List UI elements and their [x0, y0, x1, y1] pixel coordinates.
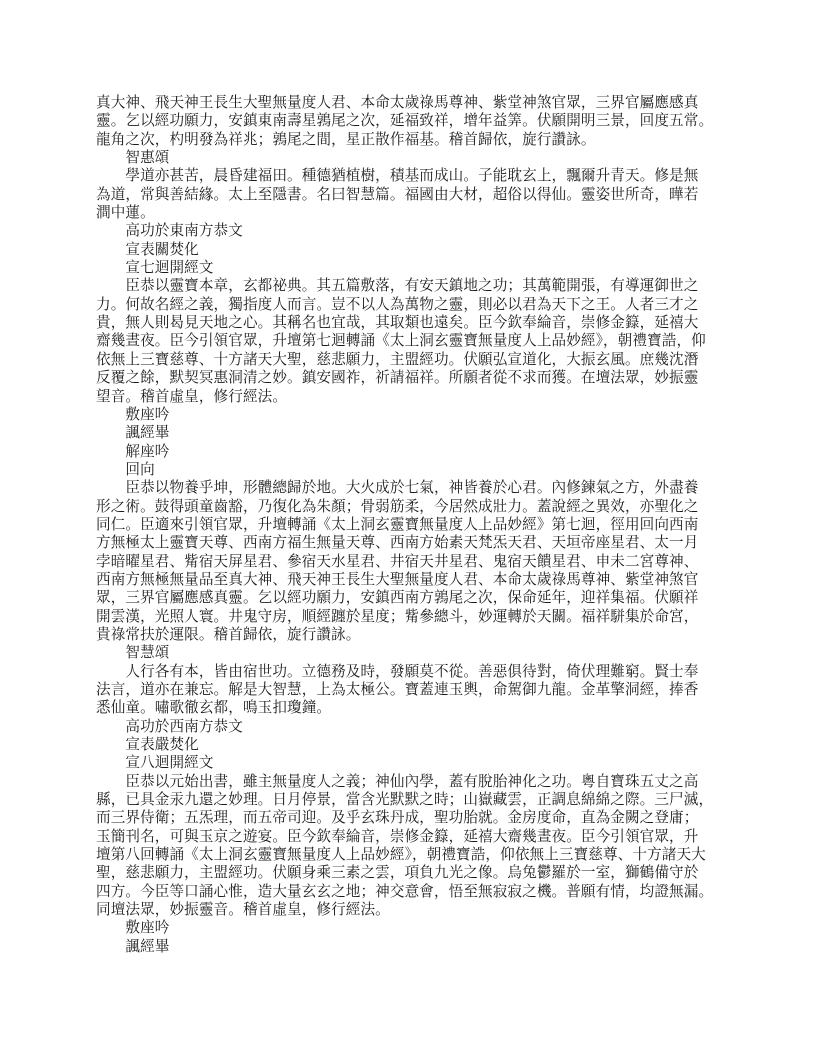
text-line: 四方。今臣等口誦心惟，造大量玄玄之地；神交意會，悟至無寂寂之機。普願有情，均證無…: [96, 883, 732, 901]
text-line: 同仁。臣適來引領官眾，升壇轉誦《太上洞玄靈寶無量度人上品妙經》第七迴，徑用回向西…: [96, 516, 732, 534]
text-line: 齋幾晝夜。臣今引領官眾，升壇第七迴轉誦《太上洞玄靈寶無量度人上品妙經》，朝禮寶誥…: [96, 332, 732, 350]
text-line: 宣表嚴焚化: [96, 736, 732, 754]
text-line: 智慧頌: [96, 644, 732, 662]
document-content: 真大神、飛天神王長生大聖無量度人君、本命太歲祿馬尊神、紫堂神煞官眾，三界官屬應感…: [96, 94, 732, 956]
text-line: 同壇法眾，妙振靈音。稽首虛皇，修行經法。: [96, 901, 732, 919]
text-line: 反覆之餘，默契冥惠洞清之妙。鎮安國祚，祈請福祥。所願者從不求而獲。在壇法眾，妙振…: [96, 369, 732, 387]
text-line: 方無極太上靈寶天尊、西南方福生無量天尊、西南方始素天梵炁天君、天垣帝座星君、太一…: [96, 534, 732, 552]
text-line: 力。何故名經之義，獨指度人而言。豈不以人為萬物之靈，則必以君為天下之王。人者三才…: [96, 296, 732, 314]
text-line: 高功於東南方恭文: [96, 222, 732, 240]
text-line: 諷經畢: [96, 938, 732, 956]
text-line: 澗中蓮。: [96, 204, 732, 222]
text-line: 西南方無極無量品至真大神、飛天神王長生大聖無量度人君、本命太歲祿馬尊神、紫堂神煞…: [96, 571, 732, 589]
text-line: 臣恭以物養乎坤，形體總歸於地。大火成於七氣，神皆養於心君。內修鍊氣之方，外盡養: [96, 479, 732, 497]
text-line: 敷座吟: [96, 919, 732, 937]
text-line: 玉簡刊名，可與玉京之遊宴。臣今欽奉綸音，崇修金籙，延禧大齋幾晝夜。臣今引領官眾，…: [96, 828, 732, 846]
text-line: 學道亦甚苦，晨昏建福田。種德猶植樹，積基而成山。子能耽玄上，飄爾升青天。修是無: [96, 167, 732, 185]
text-line: 人行各有本，皆由宿世功。立德務及時，發願莫不從。善惡俱待對，倚伏理難窮。賢士奉: [96, 663, 732, 681]
text-line: 臣恭以元始出書，雖主無量度人之義；神仙內學，蓋有脫胎神化之功。粵自寶珠五丈之高: [96, 773, 732, 791]
text-line: 而三界侍衛；五炁理，而五帝司迎。及乎玄珠丹成，聖功胎就。金房度命，直為金闕之登庸…: [96, 809, 732, 827]
text-line: 法言，道亦在兼忘。解是大智慧，上為太極公。寶蓋連玉輿，命駕御九龍。金革擎洞經，捧…: [96, 681, 732, 699]
text-line: 真大神、飛天神王長生大聖無量度人君、本命太歲祿馬尊神、紫堂神煞官眾，三界官屬應感…: [96, 94, 732, 112]
text-line: 聖，慈悲願力，主盟經功。伏願身乘三素之雲，項負九光之像。烏兔鬱羅於一室，獅鶴備守…: [96, 864, 732, 882]
text-line: 縣，已具金汞九還之妙理。日月停景，當含光默默之時；山嶽藏雲，正調息綿綿之際。三尸…: [96, 791, 732, 809]
text-line: 宣表關焚化: [96, 241, 732, 259]
text-line: 敷座吟: [96, 406, 732, 424]
text-line: 臣恭以靈寶本章，玄都祕典。其五篇敷落，有安天鎮地之功；其萬範開張，有導運御世之: [96, 277, 732, 295]
text-line: 貴，無人則曷見天地之心。其稱名也宜哉，其取類也遠矣。臣今欽奉綸音，崇修金籙，延禧…: [96, 314, 732, 332]
text-line: 諷經畢: [96, 424, 732, 442]
text-line: 壇第八回轉誦《太上洞玄靈寶無量度人上品妙經》，朝禮寶誥，仰依無上三寶慈尊、十方諸…: [96, 846, 732, 864]
text-line: 解座吟: [96, 443, 732, 461]
text-line: 靈。乞以經功願力，安鎮東南壽星鶉尾之次，延福致祥，增年益筭。伏願開明三景，回度五…: [96, 112, 732, 130]
text-line: 為道，常與善結緣。太上至隱書。名曰智慧篇。福國由大材，超俗以得仙。靈姿世所奇，曄…: [96, 186, 732, 204]
text-line: 高功於西南方恭文: [96, 718, 732, 736]
text-line: 孛暗曜星君、觜宿天屏星君、參宿天水星君、井宿天井星君、鬼宿天饋星君、申未二宮尊神…: [96, 553, 732, 571]
text-line: 智惠頌: [96, 149, 732, 167]
text-line: 望音。稽首虛皇，修行經法。: [96, 388, 732, 406]
text-line: 宣八迴開經文: [96, 754, 732, 772]
text-line: 貴祿常扶於運限。稽首歸依，旋行讚詠。: [96, 626, 732, 644]
document-page: 真大神、飛天神王長生大聖無量度人君、本命太歲祿馬尊神、紫堂神煞官眾，三界官屬應感…: [0, 0, 816, 1056]
text-line: 眾，三界官屬應感真靈。乞以經功願力，安鎮西南方鶉尾之次，保命延年，迎祥集福。伏願…: [96, 589, 732, 607]
text-line: 開雲漢，光照人寰。井鬼守房，順經躔於星度；觜參總斗，妙運轉於天關。福祥駢集於命宮…: [96, 608, 732, 626]
text-line: 形之術。鼓得頭童齒豁，乃復化為朱顏；骨弱筋柔，今居然成壯力。蓋說經之異效，亦聖化…: [96, 498, 732, 516]
text-line: 龍角之次，杓明發為祥兆；鶉尾之間，星正散作福基。稽首歸依，旋行讚詠。: [96, 131, 732, 149]
text-line: 宣七迴開經文: [96, 259, 732, 277]
text-line: 回向: [96, 461, 732, 479]
text-line: 悉仙童。嘯歌徹玄都，鳴玉扣瓊鐘。: [96, 699, 732, 717]
text-line: 依無上三寶慈尊、十方諸天大聖，慈悲願力，主盟經功。伏願弘宣道化，大振玄風。庶幾沈…: [96, 351, 732, 369]
